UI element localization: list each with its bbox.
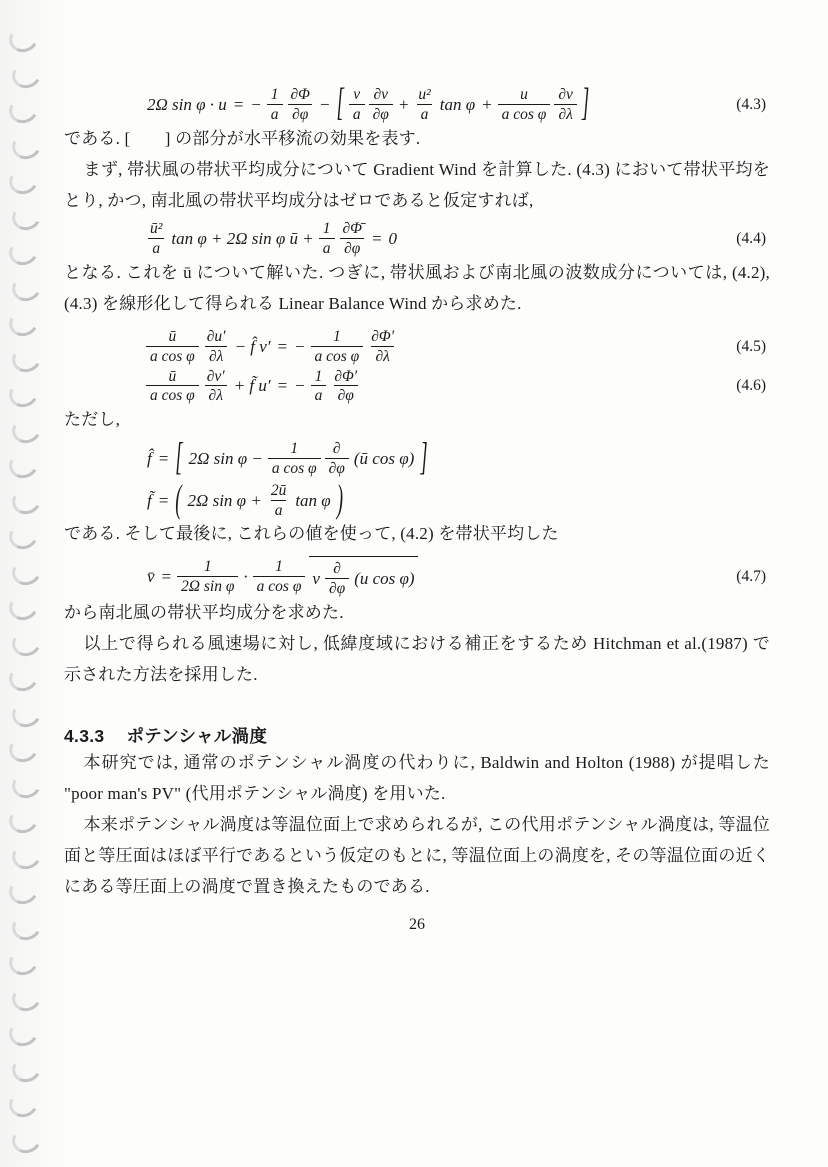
- math-fraction: ∂Φ̄∂φ: [339, 220, 366, 258]
- math-text: =: [371, 229, 382, 249]
- fraction-numerator: ∂Φ′: [330, 368, 361, 386]
- math-fraction: ∂v∂φ: [369, 86, 393, 124]
- math-fraction: 1a cos φ: [253, 558, 306, 596]
- binding-hole: [6, 1087, 42, 1121]
- fraction-denominator: ∂λ: [205, 346, 227, 366]
- math-text: (ū cos φ): [354, 449, 414, 469]
- fraction-numerator: ū: [165, 368, 181, 386]
- math-text: − f̂ v′: [235, 337, 271, 357]
- math-text: 2Ω sin φ −: [189, 449, 263, 469]
- section-number: 4.3.3: [64, 726, 104, 746]
- fraction-denominator: a: [267, 104, 283, 124]
- math-fraction: ∂v∂λ: [554, 86, 577, 124]
- equation-body: ū²atan φ + 2Ω sin φ ū +1a∂Φ̄∂φ=0: [144, 220, 400, 258]
- binding-hole: [9, 1052, 45, 1086]
- fraction-denominator: ∂λ: [554, 104, 576, 124]
- math-fraction: 1a: [267, 86, 283, 124]
- math-fraction: ∂Φ′∂λ: [367, 328, 398, 366]
- math-text: + f̃ u′: [234, 376, 271, 396]
- fraction-numerator: ∂Φ′: [367, 328, 398, 346]
- binding-hole: [9, 1123, 45, 1157]
- fraction-numerator: ∂v′: [203, 368, 229, 386]
- equation-label: (4.6): [736, 377, 770, 395]
- math-text: 2Ω sin φ +: [188, 491, 262, 511]
- math-text: +: [398, 95, 409, 115]
- fraction-denominator: a: [148, 238, 164, 258]
- fraction-denominator: a: [349, 104, 365, 124]
- fraction-numerator: ū: [165, 328, 181, 346]
- fraction-denominator: 2Ω sin φ: [177, 576, 238, 596]
- math-fraction: u²a: [414, 86, 434, 124]
- equation-body: f̃=(2Ω sin φ +2ūatan φ): [144, 482, 346, 520]
- math-text: 0: [388, 229, 397, 249]
- fraction-denominator: ∂φ: [288, 104, 312, 124]
- equation-4-5: ūa cos φ∂u′∂λ− f̂ v′=−1a cos φ∂Φ′∂λ (4.5…: [144, 328, 770, 366]
- fraction-denominator: ∂φ: [340, 238, 364, 258]
- equation-body: ūa cos φ∂v′∂λ+ f̃ u′=−1a∂Φ′∂φ: [144, 368, 363, 406]
- math-text: =: [158, 449, 169, 469]
- fraction-denominator: a: [417, 104, 433, 124]
- math-text: −: [250, 95, 261, 115]
- paragraph-ijou: 以上で得られる風速場に対し, 低緯度域における補正をするため Hitchman …: [64, 629, 770, 691]
- paragraph-dearu-saigo: である. そして最後に, これらの値を使って, (4.2) を帯状平均した: [64, 519, 770, 550]
- math-text: tan φ: [295, 491, 330, 511]
- fraction-denominator: a cos φ: [498, 104, 551, 124]
- fraction-denominator: a cos φ: [146, 346, 199, 366]
- fraction-numerator: 1: [286, 440, 302, 458]
- fraction-numerator: u²: [414, 86, 434, 104]
- page-number: 26: [64, 916, 770, 934]
- math-text: =: [158, 491, 169, 511]
- math-text: f̂: [147, 449, 152, 469]
- math-fraction: va: [349, 86, 365, 124]
- paragraph-honkenkyu: 本研究では, 通常のポテンシャル渦度の代わりに, Baldwin and Hol…: [64, 748, 770, 810]
- fraction-denominator: a cos φ: [146, 385, 199, 405]
- fraction-denominator: a cos φ: [311, 346, 364, 366]
- math-fraction: ua cos φ: [498, 86, 551, 124]
- math-text: v: [312, 569, 320, 589]
- fraction-numerator: u: [516, 86, 532, 104]
- math-fraction: ū²a: [146, 220, 166, 258]
- fraction-numerator: ū²: [146, 220, 166, 238]
- math-text: =: [161, 567, 172, 587]
- fraction-denominator: a cos φ: [268, 458, 321, 478]
- equation-label: (4.3): [736, 96, 770, 114]
- math-text: −: [294, 376, 305, 396]
- math-fraction: ūa cos φ: [146, 328, 199, 366]
- equation-label: (4.4): [736, 230, 770, 248]
- equation-body: v̄=12Ω sin φ·1a cos φv∂∂φ(u cos φ): [144, 556, 418, 598]
- fraction-numerator: v: [349, 86, 364, 104]
- math-fraction: 1a: [311, 368, 327, 406]
- fraction-denominator: ∂λ: [205, 385, 227, 405]
- math-text: v̄: [147, 567, 155, 587]
- fraction-numerator: 1: [267, 86, 283, 104]
- math-text: (u cos φ): [354, 569, 414, 589]
- equation-4-4: ū²atan φ + 2Ω sin φ ū +1a∂Φ̄∂φ=0 (4.4): [144, 220, 770, 258]
- paragraph-after-eq43: である. [ ] の部分が水平移流の効果を表す.: [64, 124, 770, 155]
- fraction-numerator: 2ū: [267, 482, 291, 500]
- math-text: =: [233, 95, 244, 115]
- fraction-numerator: ∂: [329, 440, 345, 458]
- fraction-denominator: a: [319, 238, 335, 258]
- fraction-denominator: ∂φ: [325, 578, 349, 598]
- math-fraction: 12Ω sin φ: [177, 558, 238, 596]
- section-title: ポテンシャル渦度: [126, 726, 267, 746]
- fraction-numerator: ∂: [329, 560, 345, 578]
- big-bracket: [: [175, 436, 182, 481]
- math-text: ·: [243, 567, 247, 587]
- math-fraction: ∂∂φ: [325, 560, 349, 598]
- fraction-denominator: ∂φ: [334, 385, 358, 405]
- math-fraction: ∂Φ∂φ: [287, 86, 314, 124]
- math-text: =: [277, 337, 288, 357]
- fraction-denominator: ∂λ: [371, 346, 393, 366]
- math-fraction: 1a cos φ: [268, 440, 321, 478]
- equation-body: f̂=[2Ω sin φ −1a cos φ∂∂φ(ū cos φ)]: [144, 440, 431, 478]
- fraction-numerator: ∂v: [554, 86, 577, 104]
- paragraph-tonaru: となる. これを ū について解いた. つぎに, 帯状風および南北風の波数成分に…: [64, 258, 770, 320]
- equation-body: 2Ω sin φ · u=−1a∂Φ∂φ−[va∂v∂φ+u²atan φ+ua…: [144, 86, 592, 124]
- paragraph-kara-nanboku: から南北風の帯状平均成分を求めた.: [64, 598, 770, 629]
- fraction-denominator: a: [271, 500, 287, 520]
- math-text: tan φ + 2Ω sin φ ū +: [171, 229, 313, 249]
- fraction-numerator: 1: [319, 220, 335, 238]
- page-content: 2Ω sin φ · u=−1a∂Φ∂φ−[va∂v∂φ+u²atan φ+ua…: [0, 0, 828, 934]
- big-bracket: ): [337, 478, 343, 523]
- paragraph-honrai: 本来ポテンシャル渦度は等温位面上で求められるが, この代用ポテンシャル渦度は, …: [64, 810, 770, 903]
- math-fraction: 2ūa: [267, 482, 291, 520]
- big-bracket: ]: [420, 436, 427, 481]
- equation-4-3: 2Ω sin φ · u=−1a∂Φ∂φ−[va∂v∂φ+u²atan φ+ua…: [144, 86, 770, 124]
- big-bracket: [: [336, 82, 343, 127]
- fraction-numerator: 1: [329, 328, 345, 346]
- fraction-denominator: a cos φ: [253, 576, 306, 596]
- math-text: f̃: [147, 491, 152, 511]
- fraction-numerator: ∂Φ̄: [339, 220, 366, 238]
- equation-f-tilde: f̃=(2Ω sin φ +2ūatan φ): [144, 482, 770, 520]
- math-text: −: [294, 337, 305, 357]
- fraction-numerator: 1: [200, 558, 216, 576]
- big-bracket: (: [175, 478, 181, 523]
- math-text: =: [277, 376, 288, 396]
- math-fraction: ∂∂φ: [325, 440, 349, 478]
- fraction-numerator: ∂u′: [203, 328, 230, 346]
- equation-label: (4.7): [736, 568, 770, 586]
- fraction-numerator: ∂Φ: [287, 86, 314, 104]
- fraction-denominator: ∂φ: [325, 458, 349, 478]
- equation-label: (4.5): [736, 338, 770, 356]
- binding-hole: [6, 945, 42, 979]
- math-fraction: ∂Φ′∂φ: [330, 368, 361, 406]
- math-text: tan φ: [440, 95, 475, 115]
- math-fraction: ∂u′∂λ: [203, 328, 230, 366]
- big-bracket: ]: [582, 82, 589, 127]
- equation-body: ūa cos φ∂u′∂λ− f̂ v′=−1a cos φ∂Φ′∂λ: [144, 328, 400, 366]
- binding-hole: [9, 981, 45, 1015]
- math-text: −: [319, 95, 330, 115]
- math-text: +: [481, 95, 492, 115]
- paragraph-gradient-wind: まず, 帯状風の帯状平均成分について Gradient Wind を計算した. …: [64, 155, 770, 217]
- paragraph-tadashi: ただし,: [64, 405, 770, 436]
- equation-f-hat: f̂=[2Ω sin φ −1a cos φ∂∂φ(ū cos φ)]: [144, 440, 770, 478]
- math-fraction: 1a: [319, 220, 335, 258]
- binding-hole: [6, 1016, 42, 1050]
- math-fraction: ∂v′∂λ: [203, 368, 229, 406]
- equation-4-7: v̄=12Ω sin φ·1a cos φv∂∂φ(u cos φ) (4.7): [144, 556, 770, 598]
- scanned-thesis-page: 2Ω sin φ · u=−1a∂Φ∂φ−[va∂v∂φ+u²atan φ+ua…: [0, 0, 828, 1167]
- math-fraction: ūa cos φ: [146, 368, 199, 406]
- fraction-numerator: 1: [311, 368, 327, 386]
- fraction-denominator: a: [311, 385, 327, 405]
- fraction-numerator: 1: [271, 558, 287, 576]
- fraction-numerator: ∂v: [369, 86, 392, 104]
- fraction-denominator: ∂φ: [369, 104, 393, 124]
- section-heading: 4.3.3ポテンシャル渦度: [64, 723, 770, 748]
- math-text: 2Ω sin φ · u: [147, 95, 227, 115]
- equation-4-6: ūa cos φ∂v′∂λ+ f̃ u′=−1a∂Φ′∂φ (4.6): [144, 368, 770, 406]
- math-fraction: 1a cos φ: [311, 328, 364, 366]
- overline-group: v∂∂φ(u cos φ): [309, 556, 417, 598]
